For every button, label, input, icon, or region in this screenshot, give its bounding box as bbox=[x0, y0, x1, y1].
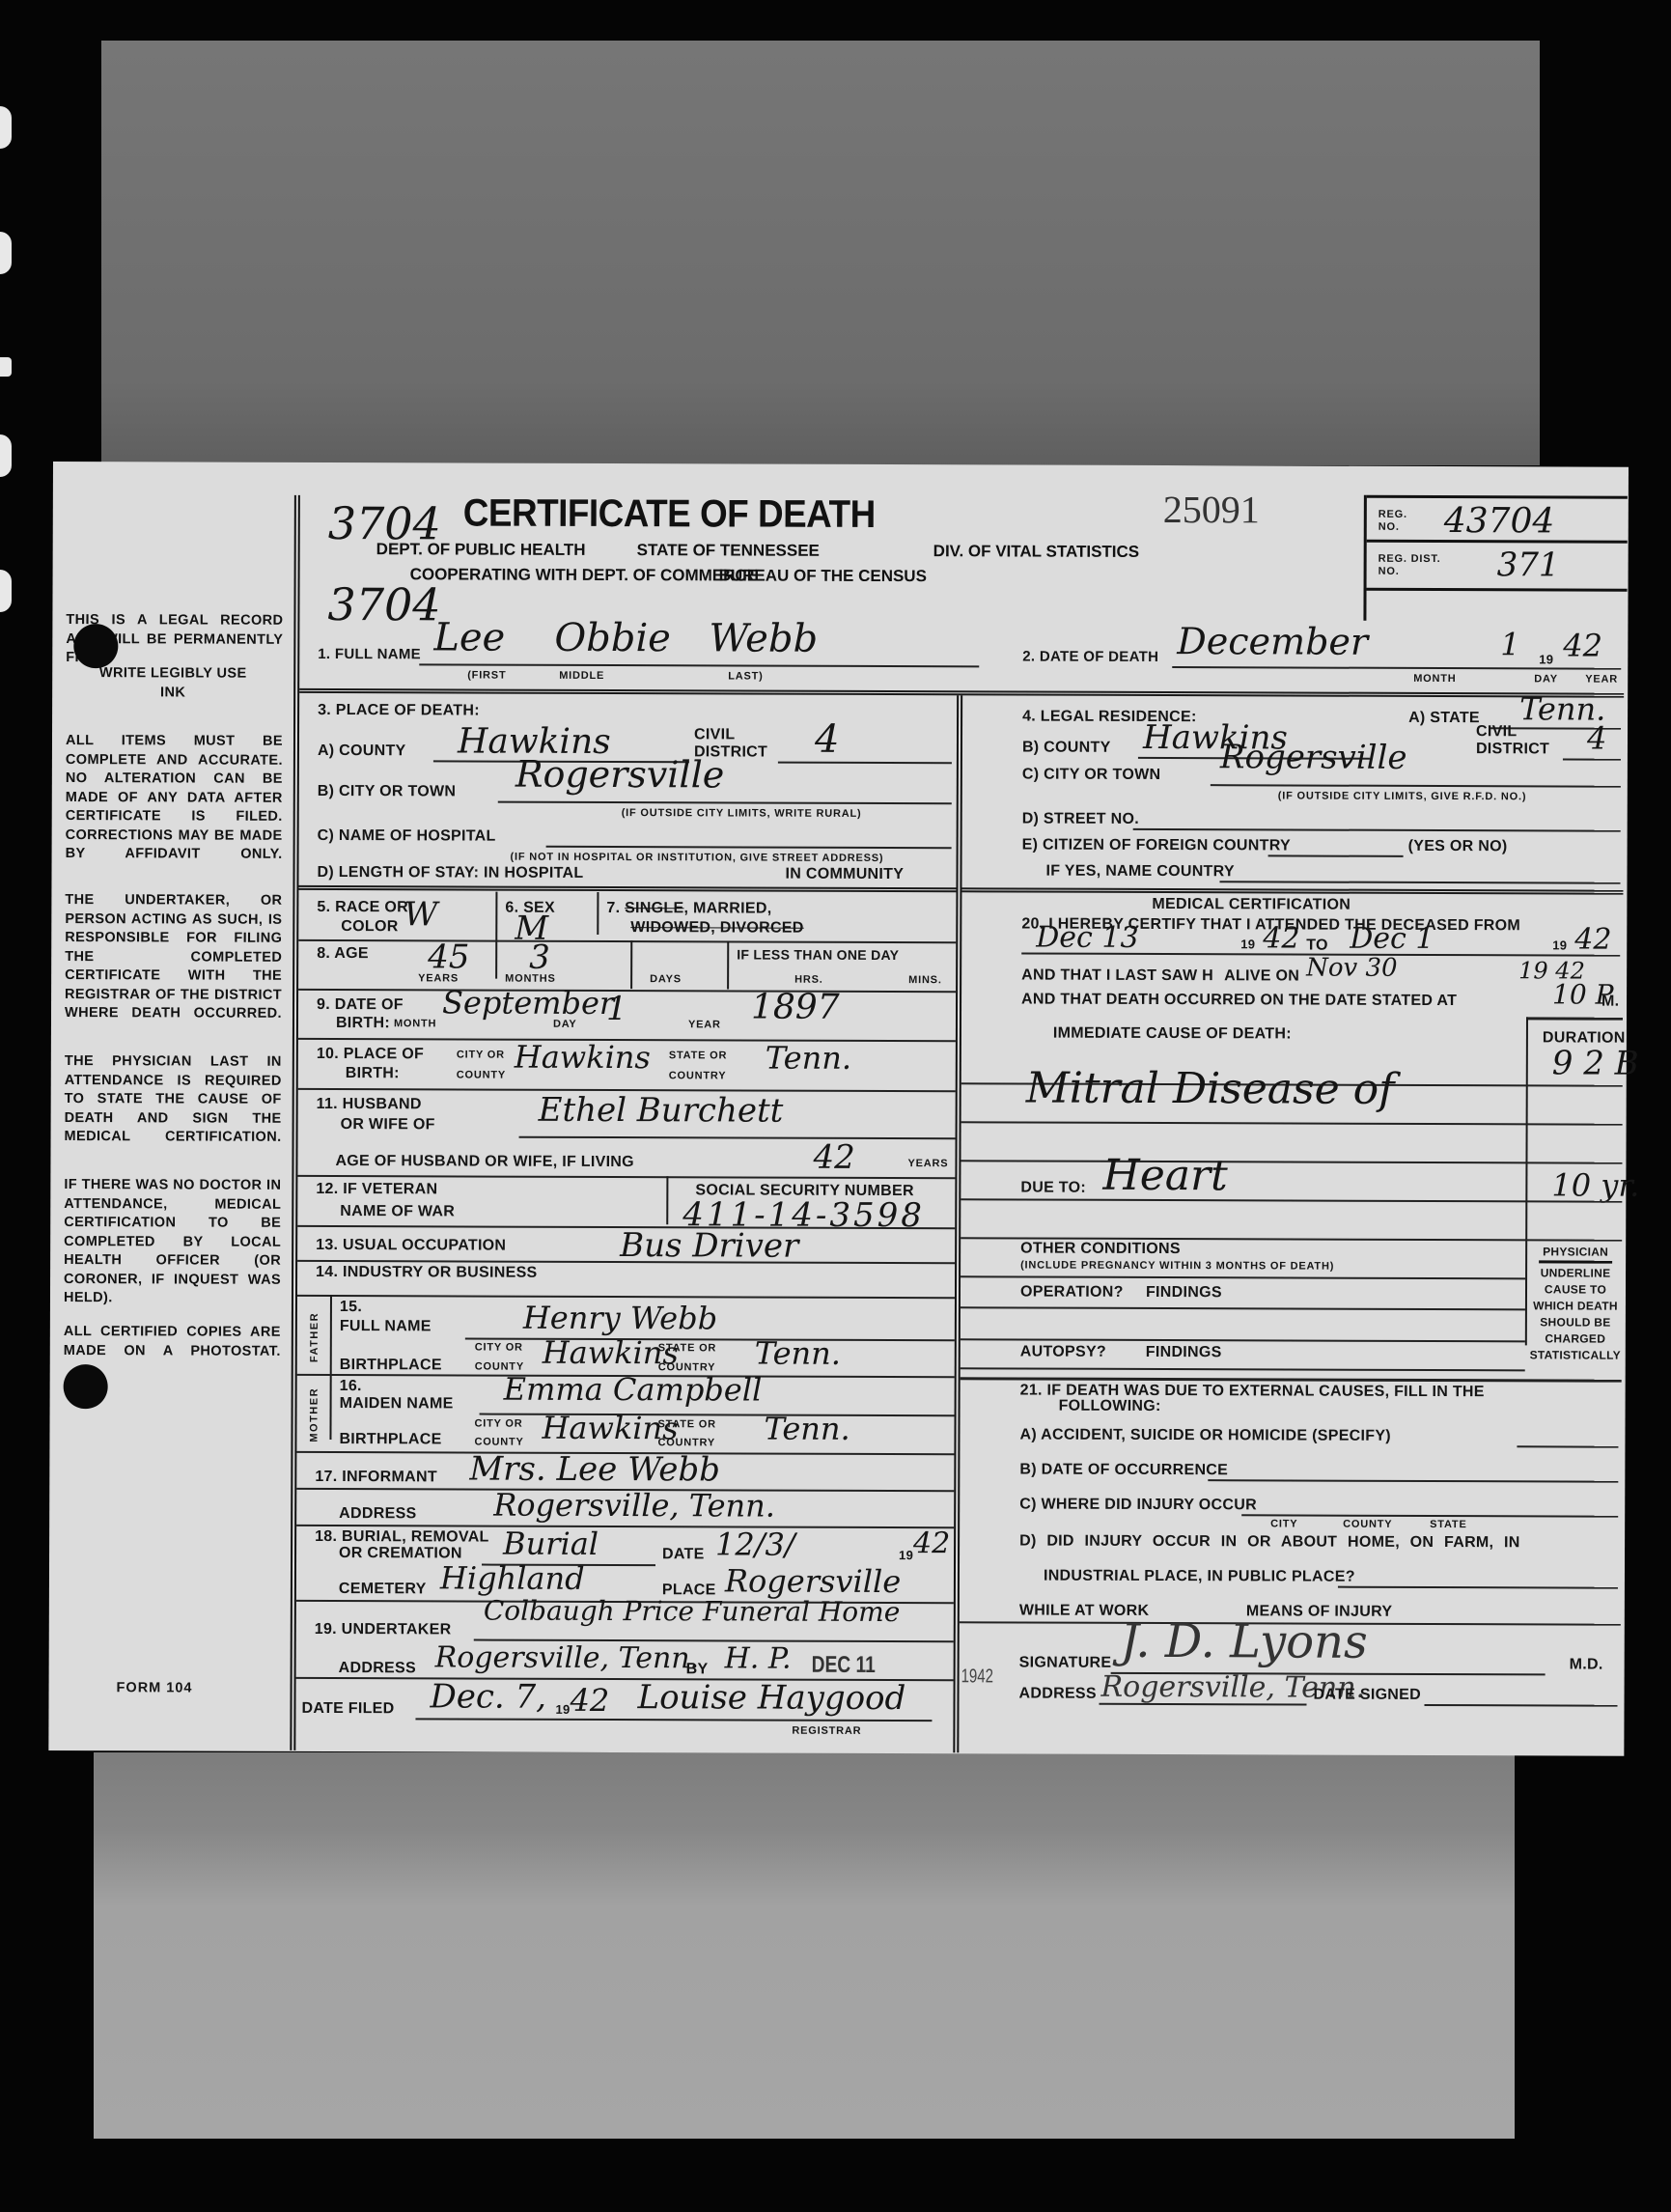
war-label: NAME OF WAR bbox=[340, 1203, 455, 1220]
reg-no-value[interactable]: 43704 bbox=[1444, 501, 1555, 541]
physician-note-line: STATISTICALLY bbox=[1529, 1347, 1622, 1363]
father-caption: FATHER bbox=[309, 1312, 320, 1362]
instructions-sidebar: THIS IS A LEGAL RECORD AND WILL BE PERMA… bbox=[48, 462, 285, 1751]
lr-state-label: A) STATE bbox=[1408, 710, 1480, 727]
date-filed-year[interactable]: 42 bbox=[570, 1682, 609, 1719]
caption-state: STATE bbox=[1430, 1519, 1466, 1530]
cemetery-label: CEMETERY bbox=[339, 1581, 427, 1598]
industry-label: 14. INDUSTRY OR BUSINESS bbox=[316, 1264, 538, 1282]
date-of-death-month[interactable]: December bbox=[1177, 620, 1368, 663]
year-prefix: 19 bbox=[1240, 937, 1255, 951]
injury-place-label: INDUSTRIAL PLACE, IN PUBLIC PLACE? bbox=[1044, 1568, 1355, 1586]
caption-years: YEARS bbox=[418, 972, 459, 984]
last-saw-label: AND THAT I LAST SAW H bbox=[1021, 967, 1213, 986]
physician-note-line: PHYSICIAN bbox=[1539, 1244, 1612, 1263]
pod-community-label: IN COMMUNITY bbox=[785, 866, 904, 883]
registration-box: REG. NO. 43704 REG. DIST. NO. 371 bbox=[1363, 495, 1624, 622]
pod-stay-label: D) LENGTH OF STAY: IN HOSPITAL bbox=[317, 864, 583, 882]
attended-from-value[interactable]: Dec 13 bbox=[1036, 921, 1138, 955]
physician-note-line: CAUSE TO bbox=[1529, 1281, 1622, 1298]
full-name-last[interactable]: Webb bbox=[709, 616, 818, 660]
caption-spouse-years: YEARS bbox=[907, 1158, 948, 1169]
spouse-label: 11. HUSBAND bbox=[317, 1096, 422, 1113]
pod-city-value[interactable]: Rogersville bbox=[515, 753, 725, 797]
date-filed-label: DATE FILED bbox=[301, 1700, 394, 1718]
rule bbox=[298, 885, 956, 892]
instruction-undertaker: THE UNDERTAKER, OR PERSON ACTING AS SUCH… bbox=[65, 891, 282, 1023]
to-label: TO bbox=[1306, 938, 1328, 955]
pod-hospital-label: C) NAME OF HOSPITAL bbox=[318, 827, 496, 846]
burial-place-value[interactable]: Rogersville bbox=[725, 1562, 901, 1600]
lr-country-label: IF YES, NAME COUNTRY bbox=[1045, 863, 1234, 882]
race-label: 5. RACE OR bbox=[317, 899, 408, 916]
undertaker-value[interactable]: Colbaugh Price Funeral Home bbox=[484, 1595, 901, 1629]
injury-where-label: C) WHERE DID INJURY OCCUR bbox=[1019, 1497, 1257, 1515]
marital-widowed-divorced[interactable]: WIDOWED, DIVORCED bbox=[630, 919, 803, 938]
pod-county-label: A) COUNTY bbox=[318, 742, 406, 760]
rule bbox=[961, 887, 1623, 894]
backing-sheet-bottom bbox=[94, 1752, 1515, 2139]
date-signed-label: DATE SIGNED bbox=[1314, 1687, 1422, 1704]
due-to-duration-value[interactable]: 10 yr. bbox=[1551, 1166, 1639, 1203]
age-years-value[interactable]: 45 bbox=[428, 938, 469, 976]
full-name-label: 1. FULL NAME bbox=[318, 646, 421, 662]
physician-address-label: ADDRESS bbox=[1019, 1686, 1097, 1703]
physician-note-line: CHARGED bbox=[1529, 1330, 1622, 1347]
pod-city-label: B) CITY OR TOWN bbox=[318, 783, 457, 801]
immediate-cause-value[interactable]: Mitral Disease of bbox=[1026, 1064, 1395, 1114]
header-state: STATE OF TENNESSEE bbox=[637, 541, 820, 561]
death-time-suffix: M. bbox=[1601, 994, 1619, 1011]
place-of-death-label: 3. PLACE OF DEATH: bbox=[318, 702, 480, 720]
caption-day: DAY bbox=[1534, 673, 1558, 685]
lr-street-label: D) STREET NO. bbox=[1022, 811, 1139, 828]
alive-on-label: ALIVE ON bbox=[1224, 967, 1299, 985]
mother-country-label: COUNTRY bbox=[657, 1437, 715, 1448]
burial-year-value[interactable]: 42 bbox=[913, 1526, 950, 1560]
registrar-caption: REGISTRAR bbox=[792, 1725, 861, 1737]
other-conditions-label: OTHER CONDITIONS bbox=[1020, 1241, 1181, 1259]
pob-label: 10. PLACE OF bbox=[317, 1046, 424, 1063]
md-label: M.D. bbox=[1570, 1656, 1603, 1673]
due-to-value[interactable]: Heart bbox=[1102, 1151, 1228, 1200]
lr-citizen-note: (YES OR NO) bbox=[1408, 838, 1508, 855]
lr-city-label: C) CITY OR TOWN bbox=[1022, 767, 1161, 785]
lr-district-value[interactable]: 4 bbox=[1587, 720, 1606, 757]
film-sprocket-hole bbox=[0, 232, 12, 274]
mother-state-value[interactable]: Tenn. bbox=[764, 1411, 849, 1447]
caption-middle: MIDDLE bbox=[559, 670, 604, 682]
attended-to-value[interactable]: Dec 1 bbox=[1350, 922, 1434, 956]
mother-birthplace-label: BIRTHPLACE bbox=[339, 1431, 441, 1448]
date-filed-value[interactable]: Dec. 7, bbox=[430, 1677, 546, 1716]
caption-county: COUNTY bbox=[1343, 1519, 1392, 1530]
header-division: DIV. OF VITAL STATISTICS bbox=[933, 542, 1140, 562]
film-sprocket-hole bbox=[0, 357, 12, 377]
informant-address-value[interactable]: Rogersville, Tenn. bbox=[493, 1487, 775, 1525]
undertaker-address-label: ADDRESS bbox=[339, 1660, 416, 1677]
instruction-physician: THE PHYSICIAN LAST IN ATTENDANCE IS REQU… bbox=[65, 1052, 282, 1147]
pob-state-label: STATE OR bbox=[669, 1050, 727, 1061]
backing-sheet-top bbox=[101, 41, 1540, 465]
pob-city-value[interactable]: Hawkins bbox=[515, 1039, 651, 1076]
injury-home-label: D) DID INJURY OCCUR IN OR ABOUT HOME, ON… bbox=[1019, 1533, 1520, 1553]
dob-day-value[interactable]: 1 bbox=[606, 990, 627, 1028]
form-left-border bbox=[290, 495, 300, 1750]
reg-dist-value[interactable]: 371 bbox=[1497, 546, 1560, 584]
marital-single[interactable]: SINGLE bbox=[625, 900, 683, 916]
alive-on-value[interactable]: Nov 30 bbox=[1306, 954, 1398, 983]
year-prefix: 19 bbox=[555, 1702, 570, 1717]
lr-city-value[interactable]: Rogersville bbox=[1220, 738, 1407, 777]
stamp-number: 25091 bbox=[1163, 487, 1260, 532]
lr-district-label: DISTRICT bbox=[1476, 741, 1549, 758]
year-prefix: 19 bbox=[1539, 652, 1553, 666]
pob-label-2: BIRTH: bbox=[346, 1065, 400, 1082]
physician-underline-note: PHYSICIAN UNDERLINE CAUSE TO WHICH DEATH… bbox=[1529, 1244, 1622, 1363]
father-city-label: CITY OR bbox=[475, 1342, 523, 1354]
instruction-write-legibly: WRITE LEGIBLY USE INK bbox=[91, 664, 255, 703]
age-months-value[interactable]: 3 bbox=[529, 938, 550, 977]
registrar-signature[interactable]: Louise Haygood bbox=[637, 1678, 905, 1718]
undertaker-by-label: BY bbox=[686, 1661, 709, 1678]
marital-label: 7. bbox=[606, 900, 620, 916]
immediate-duration-value[interactable]: 9 2 B bbox=[1552, 1044, 1639, 1082]
race-value[interactable]: W bbox=[404, 895, 437, 934]
date-occurrence-label: B) DATE OF OCCURRENCE bbox=[1019, 1462, 1228, 1480]
pob-city-label: CITY OR bbox=[457, 1049, 505, 1060]
spouse-label-2: OR WIFE OF bbox=[341, 1116, 435, 1134]
color-label: COLOR bbox=[341, 918, 398, 936]
column-divider bbox=[953, 695, 962, 1752]
death-time-label: AND THAT DEATH OCCURRED ON THE DATE STAT… bbox=[1021, 992, 1457, 1011]
mother-county-label: COUNTY bbox=[474, 1437, 523, 1448]
physician-note-line: SHOULD BE bbox=[1529, 1314, 1622, 1330]
pob-country-label: COUNTRY bbox=[669, 1070, 727, 1081]
caption-first: (FIRST bbox=[467, 669, 506, 681]
informant-label: 17. INFORMANT bbox=[315, 1469, 437, 1486]
reg-no-label: REG. NO. bbox=[1379, 509, 1417, 534]
film-sprocket-hole bbox=[0, 106, 12, 149]
accident-label: A) ACCIDENT, SUICIDE OR HOMICIDE (SPECIF… bbox=[1019, 1427, 1391, 1445]
undertaker-label: 19. UNDERTAKER bbox=[315, 1621, 452, 1638]
date-of-death-year[interactable]: 42 bbox=[1563, 627, 1602, 663]
year-prefix: 19 bbox=[1552, 938, 1567, 952]
mother-caption: MOTHER bbox=[308, 1387, 320, 1442]
pod-hospital-note: (IF NOT IN HOSPITAL OR INSTITUTION, GIVE… bbox=[511, 852, 884, 864]
dob-year-value[interactable]: 1897 bbox=[751, 988, 840, 1027]
caption-last: LAST) bbox=[728, 670, 763, 682]
pob-state-value[interactable]: Tenn. bbox=[766, 1040, 851, 1077]
year-prefix: 19 bbox=[899, 1548, 913, 1562]
instruction-certified-copies: ALL CERTIFIED COPIES ARE MADE ON A PHOTO… bbox=[64, 1323, 281, 1361]
instruction-no-doctor: IF THERE WAS NO DOCTOR IN ATTENDANCE, ME… bbox=[64, 1176, 281, 1308]
father-state-value[interactable]: Tenn. bbox=[755, 1335, 841, 1372]
burial-label: 18. BURIAL, REMOVAL bbox=[315, 1528, 489, 1547]
header-cooperating: COOPERATING WITH DEPT. OF COMMERCE bbox=[410, 565, 759, 585]
attended-to-year[interactable]: 42 bbox=[1574, 923, 1611, 957]
external-causes-following: FOLLOWING: bbox=[1059, 1398, 1161, 1415]
film-sprocket-hole bbox=[0, 570, 12, 612]
age-label: 8. AGE bbox=[317, 945, 369, 963]
dob-month-value[interactable]: September bbox=[442, 984, 614, 1022]
received-stamp-year: 1942 bbox=[961, 1666, 993, 1688]
document-title: CERTIFICATE OF DEATH bbox=[463, 491, 876, 536]
veteran-label: 12. IF VETERAN bbox=[316, 1181, 437, 1198]
mother-name-label: MAIDEN NAME bbox=[340, 1395, 454, 1413]
full-name-first[interactable]: Lee bbox=[433, 615, 505, 659]
pod-city-note: (IF OUTSIDE CITY LIMITS, WRITE RURAL) bbox=[622, 807, 862, 820]
lr-citizen-label: E) CITIZEN OF FOREIGN COUNTRY bbox=[1022, 837, 1291, 855]
death-certificate: THIS IS A LEGAL RECORD AND WILL BE PERMA… bbox=[48, 462, 1629, 1756]
punch-hole bbox=[64, 1364, 108, 1409]
undertaker-address-value[interactable]: Rogersville, Tenn. bbox=[435, 1640, 700, 1675]
header-bureau: BUREAU OF THE CENSUS bbox=[719, 566, 927, 586]
lr-civil-label: CIVIL bbox=[1476, 723, 1517, 740]
caption-mins: MINS. bbox=[908, 974, 942, 986]
received-stamp: DEC 11 bbox=[812, 1652, 876, 1679]
pob-county-label: COUNTY bbox=[457, 1069, 506, 1080]
operation-findings-label: FINDINGS bbox=[1146, 1284, 1222, 1302]
father-name-value[interactable]: Henry Webb bbox=[523, 1300, 717, 1337]
pod-civil-label: CIVIL bbox=[694, 726, 735, 742]
form-number: FORM 104 bbox=[117, 1680, 193, 1695]
header-dept-public-health: DEPT. OF PUBLIC HEALTH bbox=[376, 540, 586, 560]
due-to-label: DUE TO: bbox=[1020, 1180, 1086, 1197]
lr-city-note: (IF OUTSIDE CITY LIMITS, GIVE R.F.D. NO.… bbox=[1278, 790, 1527, 802]
date-of-death-day[interactable]: 1 bbox=[1500, 626, 1519, 662]
informant-address-label: ADDRESS bbox=[339, 1505, 416, 1523]
dob-day-label: DAY bbox=[553, 1019, 577, 1030]
pod-district-value[interactable]: 4 bbox=[815, 717, 840, 762]
burial-date-value[interactable]: 12/3/ bbox=[715, 1526, 795, 1562]
father-num: 15. bbox=[340, 1299, 362, 1316]
margin-note: 3704 bbox=[327, 578, 440, 630]
signature-label: SIGNATURE bbox=[1019, 1655, 1112, 1672]
date-of-death-label: 2. DATE OF DEATH bbox=[1022, 649, 1158, 665]
other-conditions-note: (INCLUDE PREGNANCY WITHIN 3 MONTHS OF DE… bbox=[1020, 1260, 1334, 1273]
mother-state-label: STATE OR bbox=[658, 1418, 716, 1430]
immediate-cause-label: IMMEDIATE CAUSE OF DEATH: bbox=[1053, 1025, 1292, 1044]
father-birthplace-label: BIRTHPLACE bbox=[340, 1357, 442, 1374]
autopsy-findings-label: FINDINGS bbox=[1146, 1344, 1222, 1361]
autopsy-label: AUTOPSY? bbox=[1020, 1344, 1106, 1361]
occupation-label: 13. USUAL OCCUPATION bbox=[316, 1237, 506, 1255]
punch-hole bbox=[73, 624, 118, 668]
caption-months: MONTHS bbox=[505, 973, 556, 985]
dob-label: 9. DATE OF bbox=[317, 996, 404, 1014]
medical-certification-title: MEDICAL CERTIFICATION bbox=[1152, 896, 1351, 914]
spouse-value[interactable]: Ethel Burchett bbox=[539, 1091, 784, 1131]
father-name-label: FULL NAME bbox=[340, 1318, 432, 1335]
dob-label-2: BIRTH: bbox=[336, 1015, 390, 1032]
marital-married[interactable]: , MARRIED, bbox=[683, 900, 771, 916]
operation-label: OPERATION? bbox=[1020, 1284, 1124, 1302]
mother-num: 16. bbox=[340, 1378, 362, 1395]
informant-value[interactable]: Mrs. Lee Webb bbox=[469, 1450, 720, 1490]
lr-county-label: B) COUNTY bbox=[1022, 740, 1111, 757]
physician-note-line: UNDERLINE bbox=[1529, 1265, 1622, 1281]
caption-month: MONTH bbox=[1413, 673, 1456, 685]
caption-year: YEAR bbox=[1585, 674, 1618, 686]
undertaker-by-value[interactable]: H. P. bbox=[725, 1641, 792, 1675]
spouse-age-value[interactable]: 42 bbox=[813, 1138, 854, 1177]
spouse-age-label: AGE OF HUSBAND OR WIFE, IF LIVING bbox=[335, 1153, 634, 1171]
reg-dist-label: REG. DIST. NO. bbox=[1379, 553, 1446, 578]
physician-note-line: WHICH DEATH bbox=[1529, 1298, 1622, 1314]
cemetery-value[interactable]: Highland bbox=[440, 1559, 585, 1597]
father-state-label: STATE OR bbox=[658, 1342, 716, 1354]
attended-from-year[interactable]: 42 bbox=[1263, 921, 1299, 955]
dob-year-label: YEAR bbox=[688, 1019, 721, 1030]
full-name-middle[interactable]: Obbie bbox=[554, 616, 671, 660]
film-sprocket-hole bbox=[0, 434, 12, 477]
occupation-value[interactable]: Bus Driver bbox=[620, 1226, 798, 1266]
caption-hrs: HRS. bbox=[794, 974, 823, 986]
less-than-day-label: IF LESS THAN ONE DAY bbox=[737, 946, 899, 963]
instruction-all-items: ALL ITEMS MUST BE COMPLETE AND ACCURATE.… bbox=[66, 732, 283, 864]
caption-city: CITY bbox=[1270, 1518, 1297, 1529]
burial-date-label: DATE bbox=[662, 1546, 705, 1563]
mother-name-value[interactable]: Emma Campbell bbox=[504, 1371, 763, 1409]
physician-signature[interactable]: J. D. Lyons bbox=[1121, 1614, 1368, 1669]
caption-days: DAYS bbox=[650, 973, 682, 985]
burial-value[interactable]: Burial bbox=[503, 1526, 599, 1562]
dob-month-label: MONTH bbox=[394, 1018, 436, 1029]
mother-city-label: CITY OR bbox=[475, 1418, 523, 1430]
